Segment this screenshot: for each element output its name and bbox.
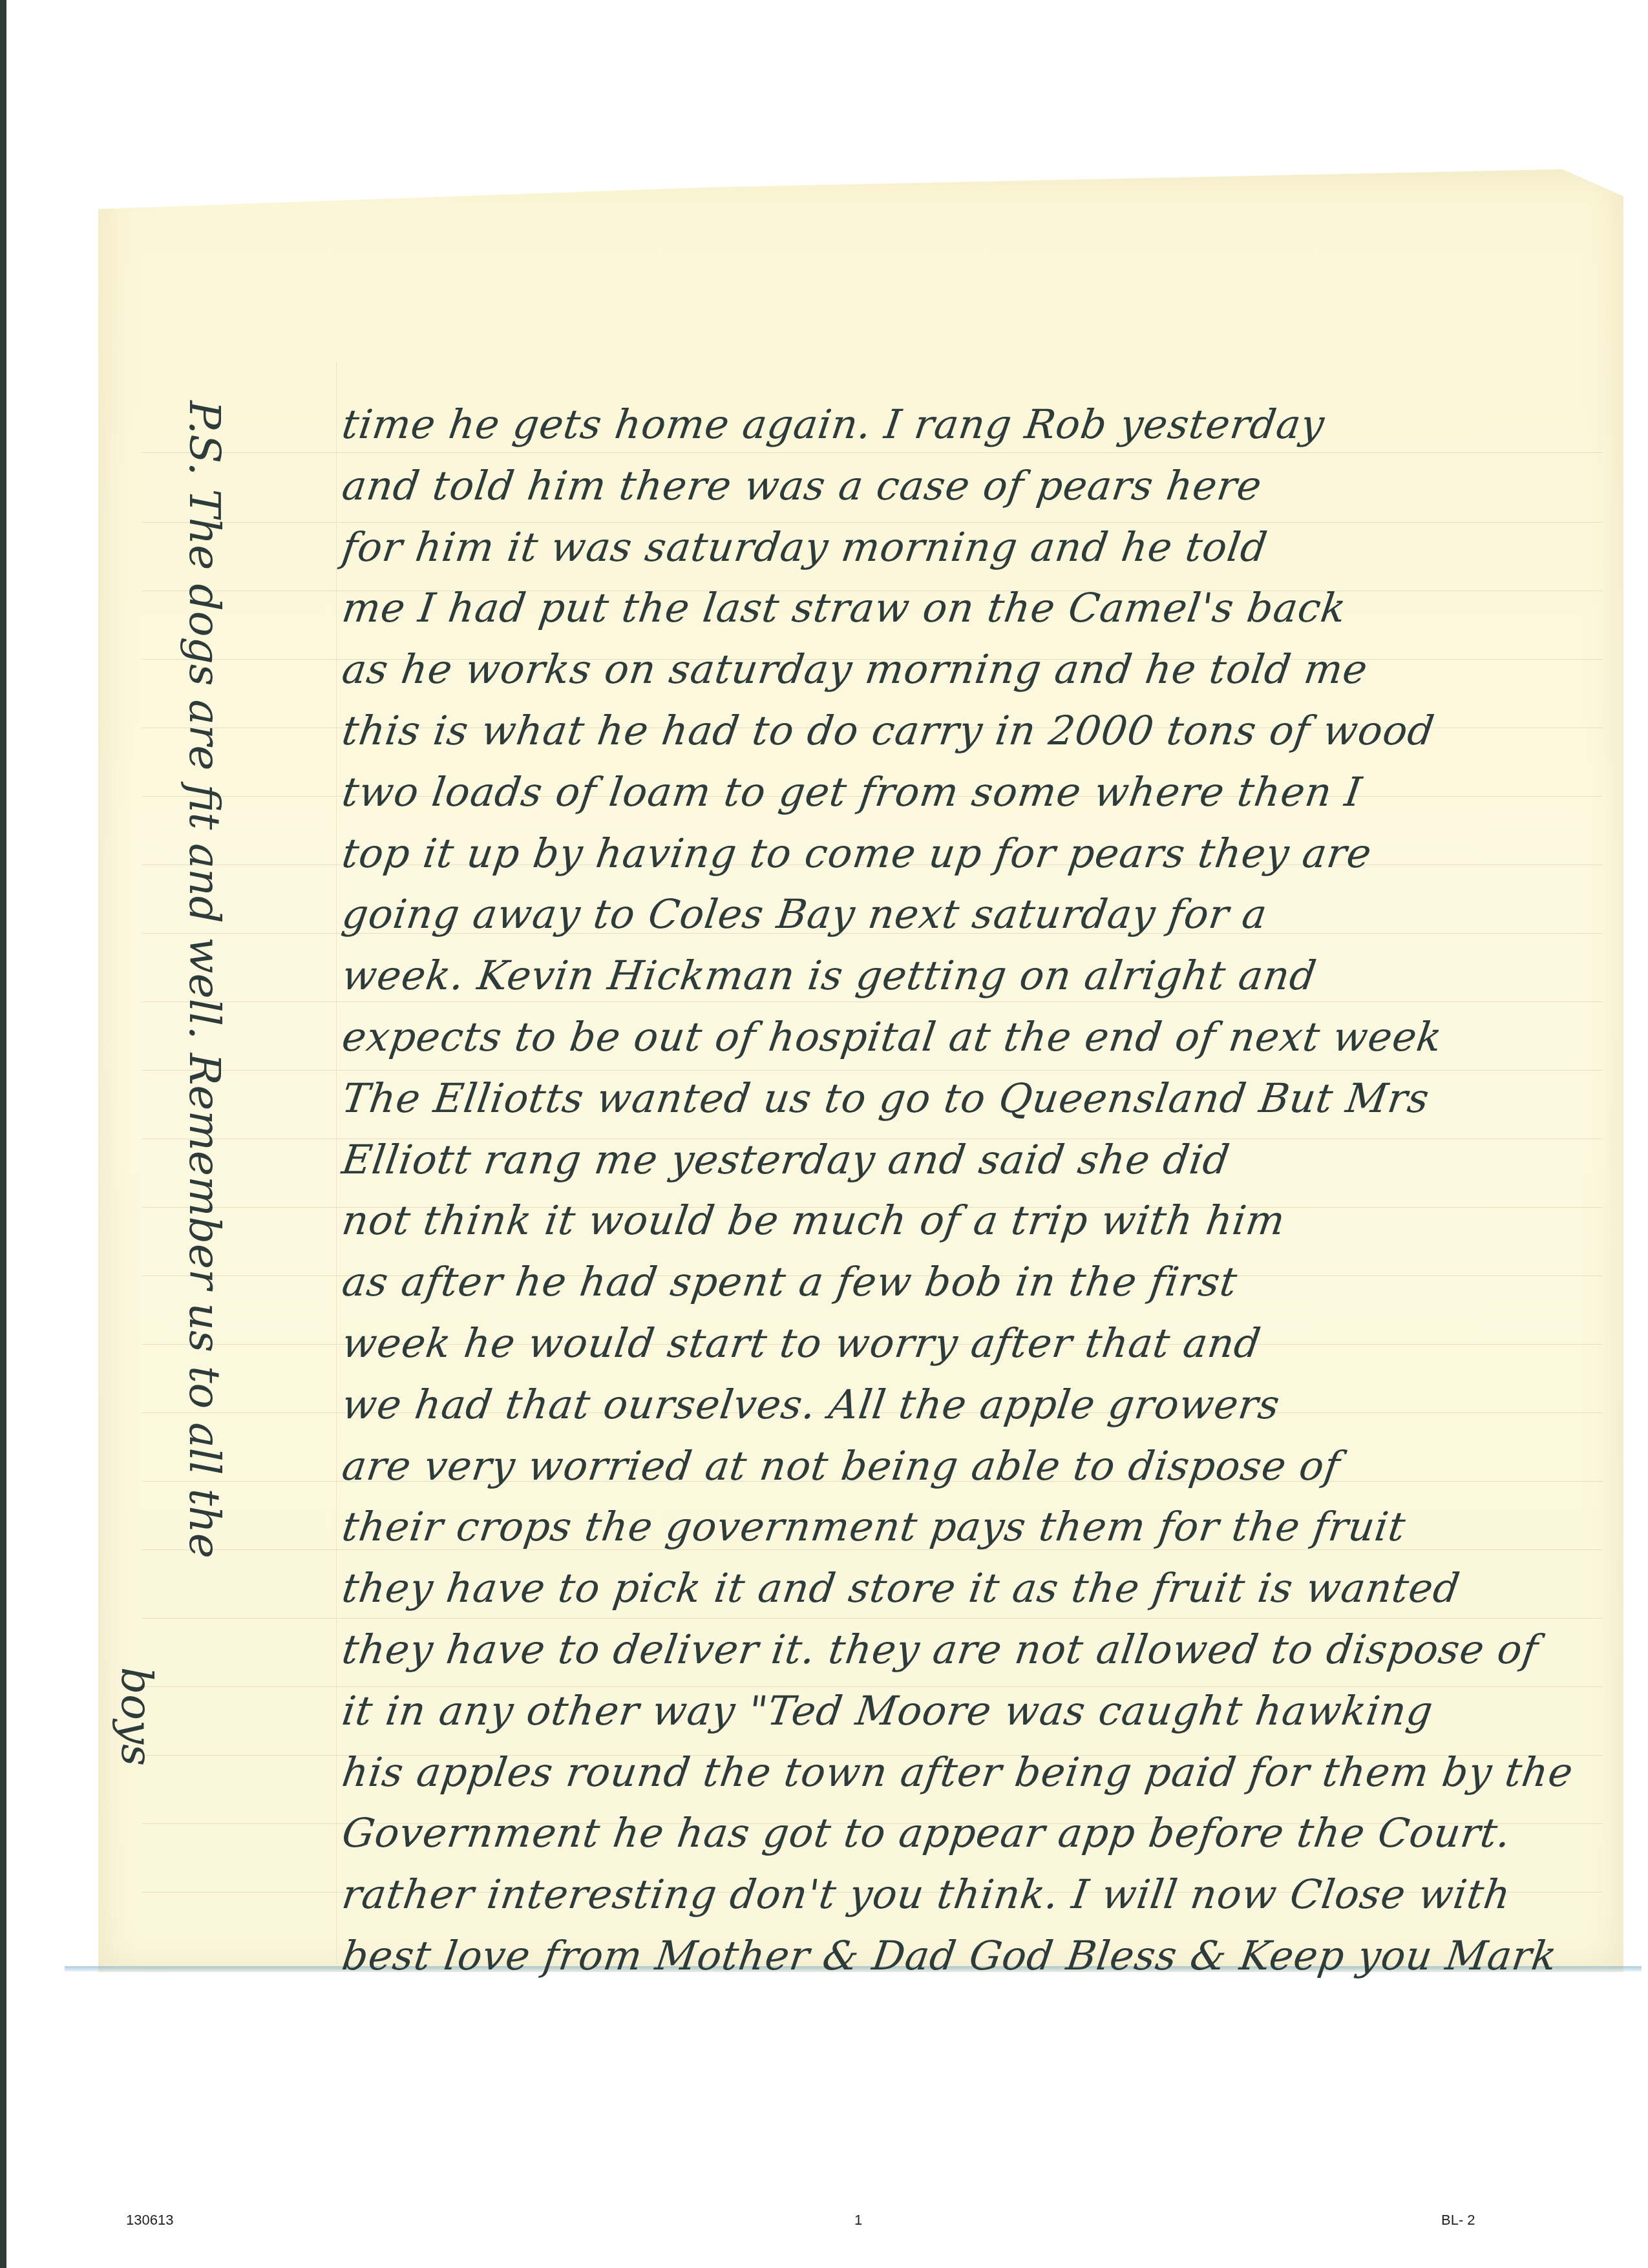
letter-line: week. Kevin Hickman is getting on alrigh… (339, 952, 1320, 999)
ruled-line (142, 1618, 1603, 1619)
page-number: 1 (854, 2212, 862, 2229)
letter-line: expects to be out of hospital at the end… (339, 1013, 1445, 1060)
letter-line: rather interesting don't you think. I wi… (339, 1871, 1514, 1918)
ruled-line (142, 522, 1603, 523)
letter-line: two loads of loam to get from some where… (339, 768, 1365, 815)
margin-postscript: P.S. The dogs are fit and well. Remember… (180, 401, 229, 1951)
letter-line: his apples round the town after being pa… (339, 1748, 1576, 1796)
letter-line: it in any other way "Ted Moore was caugh… (339, 1687, 1437, 1734)
letter-line: are very worried at not being able to di… (339, 1442, 1344, 1489)
letter-line: week he would start to worry after that … (339, 1319, 1264, 1367)
letter-line: Elliott rang me yesterday and said she d… (339, 1136, 1233, 1183)
letter-line: this is what he had to do carry in 2000 … (339, 707, 1437, 754)
letter-line: top it up by having to come up for pears… (339, 830, 1375, 877)
collection-ref: BL- 2 (1441, 2212, 1475, 2229)
letter-line: The Elliotts wanted us to go to Queensla… (339, 1075, 1432, 1122)
letter-line: going away to Coles Bay next saturday fo… (339, 890, 1271, 938)
document-id: 130613 (126, 2212, 173, 2229)
letter-line: we had that ourselves. All the apple gro… (339, 1381, 1283, 1428)
letter-line: they have to deliver it. they are not al… (339, 1626, 1541, 1673)
ruled-line (142, 1002, 1603, 1002)
letter-line: not think it would be much of a trip wit… (339, 1197, 1289, 1244)
letter-line: they have to pick it and store it as the… (339, 1564, 1463, 1612)
letter-line: as he works on saturday morning and he t… (339, 646, 1371, 693)
scanner-edge (0, 0, 6, 2268)
ruled-line (142, 1070, 1603, 1071)
letter-line: their crops the government pays them for… (339, 1503, 1409, 1550)
letter-line: me I had put the last straw on the Camel… (339, 584, 1349, 631)
margin-rule (336, 362, 337, 1964)
letter-line: as after he had spent a few bob in the f… (339, 1258, 1240, 1305)
letter-line: best love from Mother & Dad God Bless & … (339, 1932, 1560, 1979)
margin-postscript-end: boys (112, 1667, 162, 1766)
letter-line: for him it was saturday morning and he t… (339, 523, 1271, 571)
ruled-line (142, 452, 1603, 453)
letter-line: time he gets home again. I rang Rob yest… (339, 401, 1328, 448)
letter-line: Government he has got to appear app befo… (339, 1809, 1514, 1856)
letter-line: and told him there was a case of pears h… (339, 462, 1265, 509)
